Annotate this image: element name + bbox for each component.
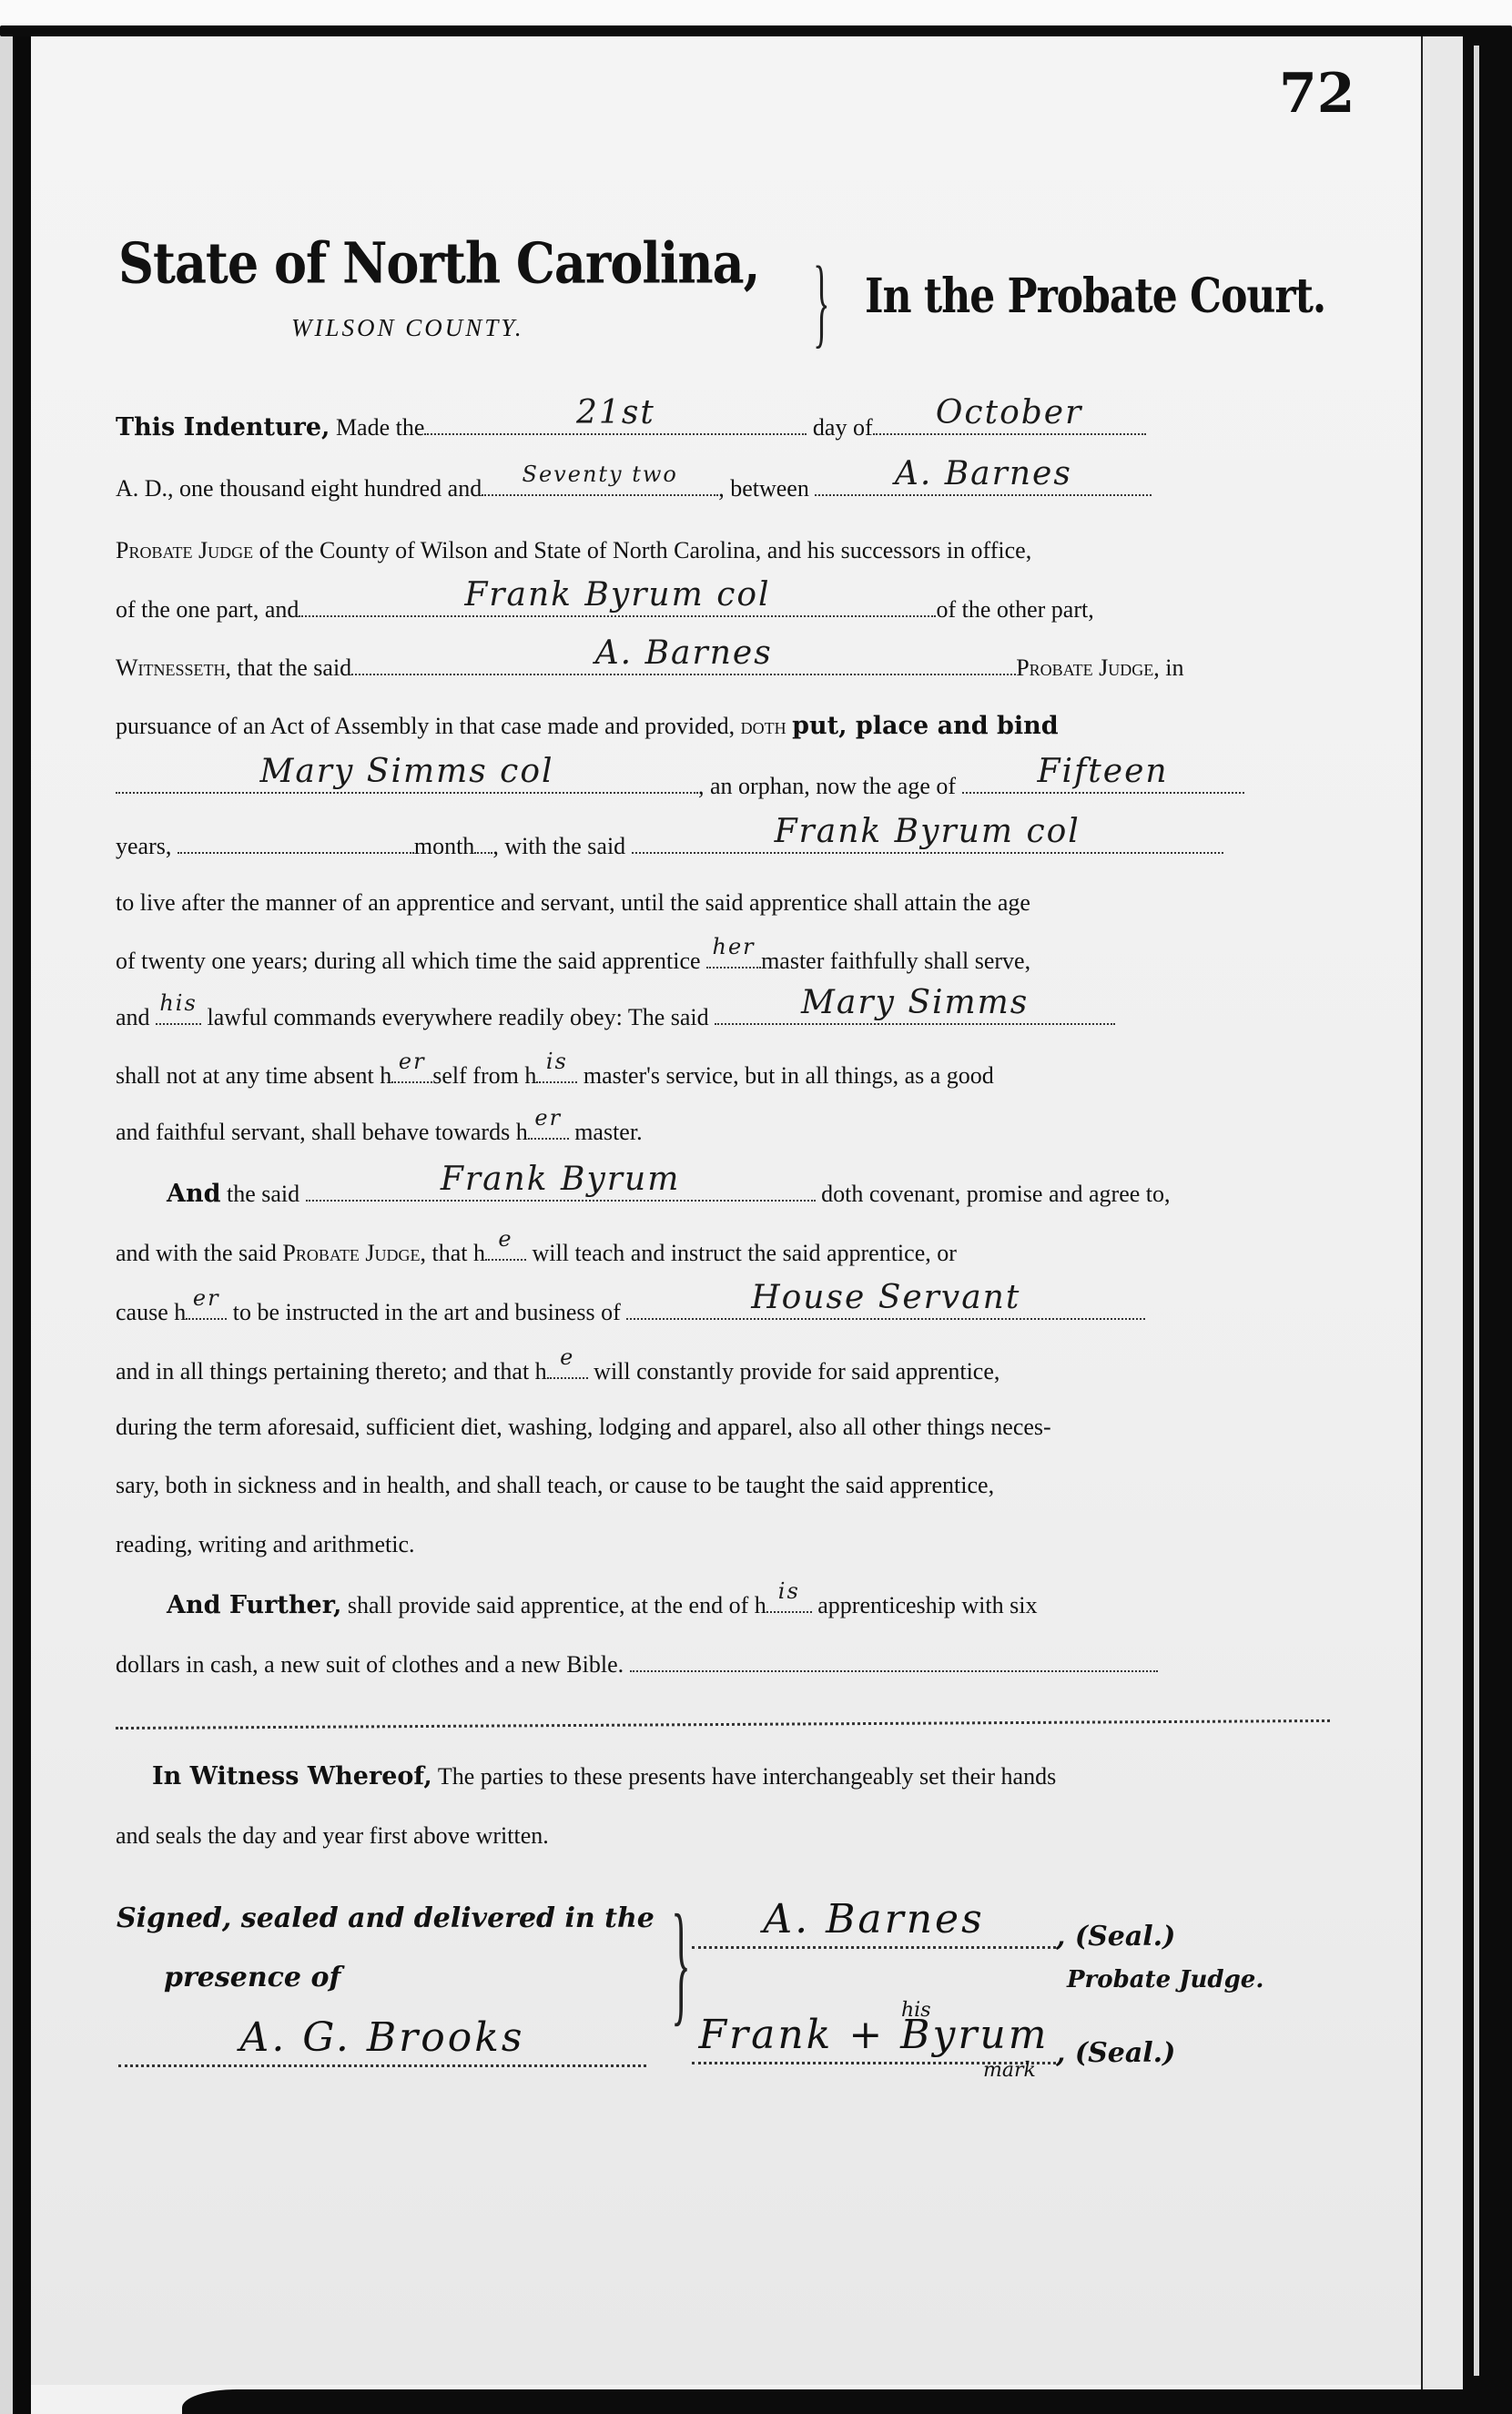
- probate-judge-label: Probate Judge.: [1067, 1966, 1263, 1993]
- judge-signature-field[interactable]: A. Barnes: [692, 1892, 1056, 1949]
- year-value: Seventy two: [482, 456, 718, 492]
- twenty-one-text: of twenty one years; during all which ti…: [116, 948, 701, 974]
- to-live-text: to live after the manner of an apprentic…: [116, 889, 1030, 916]
- one-part-text: of the one part, and: [116, 596, 299, 623]
- and-with-text: and with the said: [116, 1240, 277, 1266]
- age-field[interactable]: Fifteen: [962, 766, 1244, 794]
- h-text: h: [473, 1240, 485, 1266]
- faithful-servant-text: and faithful servant, shall behave towar…: [116, 1119, 528, 1145]
- cause-h-text: cause h: [116, 1299, 186, 1325]
- pronoun-her: her: [706, 928, 761, 965]
- indenture-heading: This Indenture,: [116, 413, 330, 441]
- suffix-er-3: er: [186, 1280, 227, 1316]
- state-title: State of North Carolina,: [118, 229, 759, 297]
- month-text: month: [414, 833, 474, 859]
- month-plural-field[interactable]: [474, 827, 492, 854]
- covenant-line-2: and with the said Probate Judge, that he…: [116, 1233, 1330, 1270]
- master-name-field-2[interactable]: Frank Byrum col: [632, 827, 1223, 854]
- indenture-line-8: years, month, with the said Frank Byrum …: [116, 827, 1330, 863]
- year-field[interactable]: Seventy two: [482, 469, 718, 496]
- page-stack-edge: [1423, 36, 1463, 2394]
- pronoun-field-1[interactable]: her: [706, 941, 761, 969]
- pursuance-text: pursuance of an Act of Assembly in that …: [116, 713, 735, 739]
- witness-text: The parties to these presents have inter…: [438, 1763, 1056, 1790]
- seal-label-1: , (Seal.): [1056, 1921, 1175, 1952]
- doth-covenant-text: doth covenant, promise and agree to,: [821, 1181, 1170, 1207]
- suffix-e: e: [485, 1221, 526, 1257]
- header-brace: }: [813, 244, 829, 360]
- suffix-field-4[interactable]: e: [485, 1233, 526, 1261]
- master-end-text: master.: [574, 1119, 642, 1145]
- page-number: 72: [1279, 62, 1355, 126]
- indenture-line-7: Mary Simms col, an orphan, now the age o…: [116, 766, 1330, 803]
- indenture-line-9: to live after the manner of an apprentic…: [116, 885, 1330, 921]
- day-value: 21st: [424, 395, 807, 431]
- and-text: and: [116, 1004, 150, 1030]
- judge-name-field-2[interactable]: A. Barnes: [351, 648, 1016, 675]
- lawful-commands-text: lawful commands everywhere readily obey:…: [208, 1004, 709, 1030]
- suffix-field-7[interactable]: is: [766, 1586, 812, 1613]
- reading-text: reading, writing and arithmetic.: [116, 1531, 415, 1557]
- apprentice-name-field-2[interactable]: Mary Simms: [715, 998, 1115, 1025]
- judge-name-value: A. Barnes: [815, 456, 1152, 492]
- master-signature: Frank + Byrum: [692, 2012, 1056, 2058]
- further-line-2: dollars in cash, a new suit of clothes a…: [116, 1645, 1330, 1681]
- put-place-bind-text: put, place and bind: [792, 712, 1058, 740]
- age-value: Fifteen: [962, 754, 1244, 790]
- master-name-value-2: Frank Byrum col: [632, 814, 1223, 850]
- day-of-text: day of: [813, 414, 873, 441]
- page-top-edge: [0, 25, 1512, 36]
- master-signature-field[interactable]: Frank + Byrum: [692, 2007, 1056, 2064]
- pronoun-field-2[interactable]: his: [156, 998, 201, 1025]
- seals-text: and seals the day and year first above w…: [116, 1822, 549, 1849]
- year-prefix-text: A. D., one thousand eight hundred and: [116, 475, 482, 502]
- further-blank-field[interactable]: [630, 1645, 1158, 1672]
- suffix-is: is: [536, 1043, 577, 1080]
- covenant-line-1: And the said Frank Byrum doth covenant, …: [116, 1174, 1330, 1211]
- during-term-text: during the term aforesaid, sufficient di…: [116, 1414, 1051, 1440]
- further-heading: And Further,: [167, 1591, 341, 1619]
- orphan-text: , an orphan, now the age of: [698, 773, 956, 799]
- years-text: years,: [116, 833, 171, 859]
- that-the-said-text: , that the said: [226, 654, 352, 681]
- doth-text: doth: [741, 713, 786, 739]
- suffix-is-2: is: [766, 1573, 812, 1609]
- county-label: WILSON COUNTY.: [291, 314, 524, 342]
- witness-signature: A. G. Brooks: [118, 2014, 646, 2061]
- court-title: In the Probate Court.: [865, 269, 1325, 324]
- dollars-text: dollars in cash, a new suit of clothes a…: [116, 1651, 624, 1678]
- covenant-heading: And: [167, 1180, 220, 1208]
- indenture-line-1: This Indenture, Made the21st day ofOctob…: [116, 408, 1330, 444]
- month-field[interactable]: October: [873, 408, 1146, 435]
- between-text: , between: [718, 475, 809, 502]
- judge-name-value-2: A. Barnes: [351, 635, 1016, 672]
- will-teach-text: will teach and instruct the said apprent…: [533, 1240, 957, 1266]
- months-field[interactable]: [178, 827, 414, 854]
- in-text: , in: [1153, 654, 1183, 681]
- covenant-line-6: sary, both in sickness and in health, an…: [116, 1467, 1330, 1504]
- indenture-line-12: shall not at any time absent herself fro…: [116, 1056, 1330, 1092]
- page-bottom-edge: [182, 2389, 1512, 2414]
- indenture-line-4: of the one part, andFrank Byrum colof th…: [116, 590, 1330, 626]
- apprentice-name-value-2: Mary Simms: [715, 985, 1115, 1021]
- county-text: of the County of Wilson and State of Nor…: [259, 537, 1032, 563]
- indenture-line-10: of twenty one years; during all which ti…: [116, 941, 1330, 978]
- mark-annotation: mark: [983, 2059, 1036, 2082]
- indenture-line-13: and faithful servant, shall behave towar…: [116, 1112, 1330, 1149]
- further-text: shall provide said apprentice, at the en…: [348, 1592, 766, 1618]
- witness-line-2: and seals the day and year first above w…: [116, 1818, 1330, 1854]
- covenant-line-7: reading, writing and arithmetic.: [116, 1526, 1330, 1563]
- covenant-master-value: Frank Byrum: [306, 1161, 816, 1198]
- masters-service-text: master's service, but in all things, as …: [583, 1062, 994, 1089]
- covenant-line-3: cause her to be instructed in the art an…: [116, 1293, 1330, 1329]
- covenant-master-field[interactable]: Frank Byrum: [306, 1174, 816, 1202]
- covenant-line-4: and in all things pertaining thereto; an…: [116, 1352, 1330, 1388]
- suffix-er: er: [391, 1043, 432, 1080]
- suffix-field-3[interactable]: er: [528, 1112, 569, 1140]
- indenture-line-5: Witnesseth, that the saidA. BarnesProbat…: [116, 648, 1330, 685]
- presence-of-label: presence of: [164, 1962, 340, 1993]
- trade-value: House Servant: [626, 1280, 1145, 1316]
- self-from-text: self from h: [432, 1062, 536, 1089]
- signed-sealed-label: Signed, sealed and delivered in the: [117, 1902, 655, 1934]
- binding-right-edge: [1463, 27, 1512, 2414]
- suffix-field-2[interactable]: is: [536, 1056, 577, 1083]
- suffix-field-5[interactable]: er: [186, 1293, 227, 1320]
- master-name-value: Frank Byrum col: [299, 577, 936, 614]
- trade-field[interactable]: House Servant: [626, 1293, 1145, 1320]
- binding-left-edge: [13, 35, 31, 2414]
- made-the-text: Made the: [336, 414, 424, 441]
- facing-page-edge: [0, 35, 13, 2414]
- witness-line-1: In Witness Whereof, The parties to these…: [116, 1759, 1330, 1795]
- signature-brace: }: [671, 1884, 691, 2041]
- the-said-text: the said: [227, 1181, 299, 1207]
- day-field[interactable]: 21st: [424, 408, 807, 435]
- witness-heading: In Witness Whereof,: [152, 1762, 432, 1790]
- covenant-line-5: during the term aforesaid, sufficient di…: [116, 1409, 1330, 1445]
- all-things-text: and in all things pertaining thereto; an…: [116, 1358, 529, 1384]
- apprentice-name-field[interactable]: Mary Simms col: [116, 766, 698, 794]
- with-the-said-text: , with the said: [492, 833, 625, 859]
- month-value: October: [873, 395, 1146, 431]
- suffix-e-2: e: [547, 1339, 588, 1375]
- judge-name-field[interactable]: A. Barnes: [815, 469, 1152, 496]
- witnesseth-text: Witnesseth: [116, 654, 226, 681]
- master-name-field[interactable]: Frank Byrum col: [299, 590, 936, 617]
- sary-text: sary, both in sickness and in health, an…: [116, 1472, 994, 1498]
- indenture-line-3: Probate Judge of the County of Wilson an…: [116, 532, 1330, 569]
- covenant-probate-judge: Probate Judge: [282, 1240, 420, 1266]
- witness-signature-field[interactable]: A. G. Brooks: [118, 2003, 646, 2067]
- suffix-field-6[interactable]: e: [547, 1352, 588, 1379]
- judge-signature: A. Barnes: [692, 1896, 1056, 1942]
- to-be-instructed-text: to be instructed in the art and business…: [233, 1299, 621, 1325]
- apprenticeship-text: apprenticeship with six: [817, 1592, 1037, 1618]
- h-text-2: h: [535, 1358, 547, 1384]
- suffix-er-2: er: [528, 1100, 569, 1136]
- probate-judge-text: Probate Judge: [116, 537, 253, 563]
- that-text: , that: [421, 1240, 468, 1266]
- will-provide-text: will constantly provide for said apprent…: [594, 1358, 1000, 1384]
- seal-label-2: , (Seal.): [1056, 2037, 1175, 2069]
- shall-not-text: shall not at any time absent h: [116, 1062, 391, 1089]
- probate-judge-text-2: Probate Judge: [1016, 654, 1153, 681]
- pronoun-his: his: [156, 985, 201, 1021]
- suffix-field-1[interactable]: er: [391, 1056, 432, 1083]
- further-line-1: And Further, shall provide said apprenti…: [116, 1586, 1330, 1622]
- other-part-text: of the other part,: [936, 596, 1093, 623]
- master-faithfully-text: master faithfully shall serve,: [761, 948, 1030, 974]
- indenture-line-2: A. D., one thousand eight hundred andSev…: [116, 469, 1330, 505]
- apprentice-name-value: Mary Simms col: [116, 754, 698, 790]
- indenture-line-11: and his lawful commands everywhere readi…: [116, 998, 1330, 1034]
- indenture-line-6: pursuance of an Act of Assembly in that …: [116, 708, 1330, 745]
